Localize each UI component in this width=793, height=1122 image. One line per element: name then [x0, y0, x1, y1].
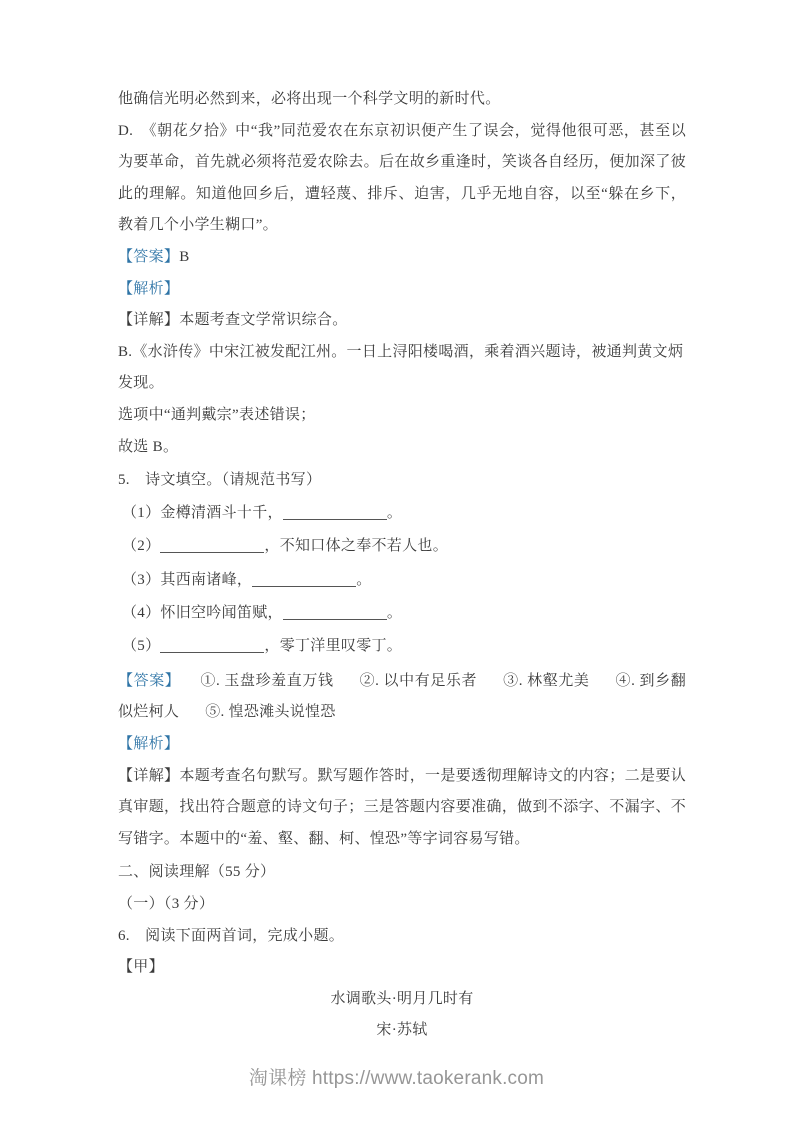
q5-fill-line-1: （1）金樽清酒斗十千，。 — [118, 497, 686, 530]
section2-subsection: （一）（3 分） — [118, 889, 686, 921]
answer-label: 【答案】 — [118, 249, 179, 265]
q5-answer-item: ②. 以中有足乐者 — [360, 673, 478, 689]
answer-label: 【答案】 — [118, 673, 180, 689]
q4-detail-b: B.《水浒传》中宋江被发配江州。一日上浔阳楼喝酒，乘着酒兴题诗，被通判黄文炳发现… — [118, 337, 686, 400]
poem-author: 宋·苏轼 — [118, 1015, 686, 1047]
q6-intro: 6. 阅读下面两首词，完成小题。 — [118, 921, 686, 953]
q5-fill-line-3: （3）其西南诸峰，。 — [118, 564, 686, 597]
q5-answer-item: ③. 林壑尤美 — [503, 673, 589, 689]
fill-pre: （4）怀旧空吟闻笛赋， — [122, 605, 283, 621]
poem-title: 水调歌头·明月几时有 — [118, 984, 686, 1016]
footer-url-link[interactable]: https://www.taokerank.com — [312, 1068, 544, 1089]
fill-blank — [283, 519, 387, 520]
fill-pre: （2） — [122, 538, 160, 554]
fill-blank — [160, 552, 264, 553]
q4-option-d: D. 《朝花夕拾》中“我”同范爱农在东京初识便产生了误会，觉得他很可恶，甚至以为… — [118, 116, 686, 242]
fill-pre: （5） — [122, 638, 160, 654]
q5-detail: 【详解】本题考查名句默写。默写题作答时，一是要透彻理解诗文的内容；二是要认真审题… — [118, 761, 686, 856]
footer: 淘课榜 https://www.taokerank.com — [0, 1063, 793, 1090]
fill-pre: （3）其西南诸峰， — [122, 572, 252, 588]
analysis-label: 【解析】 — [118, 281, 179, 297]
fill-blank — [283, 619, 387, 620]
fill-blank — [160, 652, 264, 653]
q5-fill-line-5: （5），零丁洋里叹零丁。 — [118, 630, 686, 663]
fill-post: ，零丁洋里叹零丁。 — [264, 638, 402, 654]
fill-post: ，不知口体之奉不若人也。 — [264, 538, 448, 554]
q5-answer-item: ⑤. 惶恐滩头说惶恐 — [205, 704, 336, 720]
q5-answer-line: 【答案】①. 玉盘珍羞直万钱②. 以中有足乐者③. 林壑尤美④. 到乡翻似烂柯人… — [118, 666, 686, 729]
q4-detail-b2: 选项中“通判戴宗”表述错误； — [118, 400, 686, 432]
fill-blank — [252, 586, 356, 587]
document-content: 他确信光明必然到来，必将出现一个科学文明的新时代。 D. 《朝花夕拾》中“我”同… — [118, 84, 686, 1047]
q4-answer-line: 【答案】B — [118, 242, 686, 274]
q4-detail-intro: 【详解】本题考查文学常识综合。 — [118, 305, 686, 337]
q5-answer-item: ①. 玉盘珍羞直万钱 — [200, 673, 333, 689]
jia-label: 【甲】 — [118, 952, 686, 984]
q5-fill-line-2: （2），不知口体之奉不若人也。 — [118, 530, 686, 563]
q4-conclusion: 故选 B。 — [118, 432, 686, 464]
q4-option-c-tail: 他确信光明必然到来，必将出现一个科学文明的新时代。 — [118, 84, 686, 116]
q4-answer-value: B — [179, 249, 189, 265]
q5-fill-line-4: （4）怀旧空吟闻笛赋，。 — [118, 597, 686, 630]
footer-brand: 淘课榜 — [249, 1068, 307, 1089]
analysis-label: 【解析】 — [118, 736, 179, 752]
fill-post: 。 — [387, 605, 402, 621]
section2-heading: 二、阅读理解（55 分） — [118, 857, 686, 889]
exam-document-page: 他确信光明必然到来，必将出现一个科学文明的新时代。 D. 《朝花夕拾》中“我”同… — [0, 0, 793, 1122]
fill-post: 。 — [356, 572, 371, 588]
q5-analysis-line: 【解析】 — [118, 729, 686, 761]
fill-pre: （1）金樽清酒斗十千， — [122, 505, 283, 521]
q5-title: 5. 诗文填空。（请规范书写） — [118, 465, 686, 497]
q4-analysis-line: 【解析】 — [118, 274, 686, 306]
fill-post: 。 — [387, 505, 402, 521]
